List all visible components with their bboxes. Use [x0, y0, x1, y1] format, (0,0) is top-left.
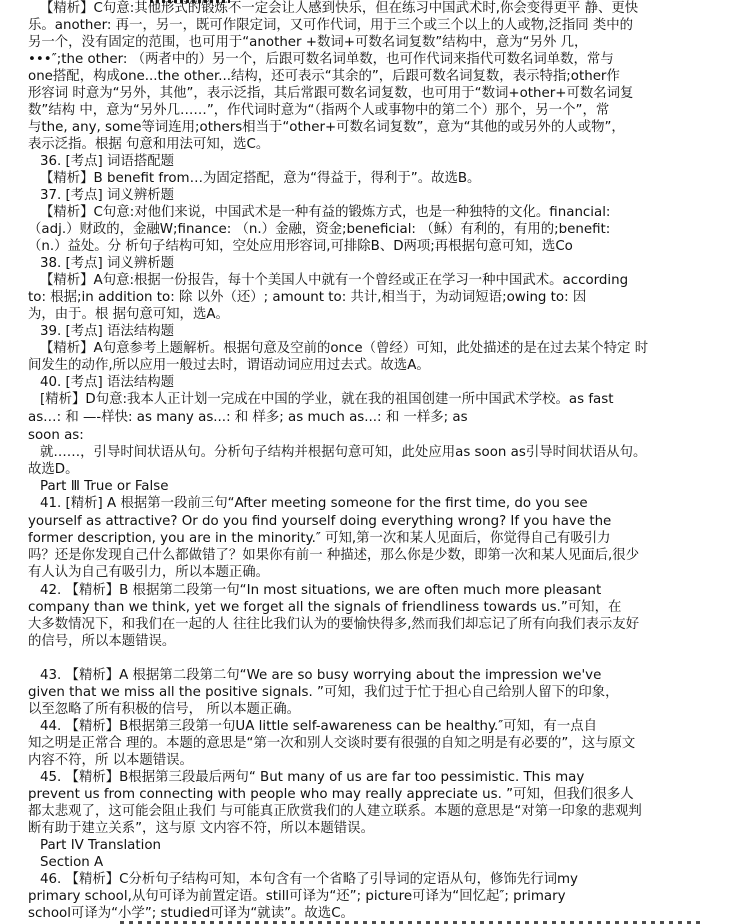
text-line: soon as:: [28, 427, 704, 444]
question-38-analysis: 【精析】A句意:根据一份报告，每十个美国人中就有一个曾经或正在学习一种中国武术。…: [40, 272, 704, 289]
question-39-header: 39. [考点] 语法结构题: [40, 323, 704, 340]
text-line: 故选D。: [28, 461, 704, 478]
section-heading-part-4: Part IV Translation: [40, 837, 704, 854]
question-40-analysis: [精析】D句意:我本人正计划一完成在中国的学业，就在我的祖国创建一所中国武术学校…: [40, 391, 704, 408]
text-line: 吗？还是你发现自己什么都做错了？如果你有前一 种描述，那么你是少数，即第一次和某…: [28, 547, 704, 564]
question-37-analysis: 【精析】C句意:对他们来说，中国武术是一种有益的锻炼方式，也是一种独特的文化。f…: [40, 204, 704, 221]
question-38-header: 38. [考点] 词义辨析题: [40, 255, 704, 272]
text-line: school可译为“小学”; studied可译为“就读”。故选C。: [28, 905, 704, 922]
text-line: 形容词 时意为“另外，其他”，表示泛指，其后常跟可数名词复数，也可用于“数词+o…: [28, 85, 704, 102]
text-line: 都太悲观了，这可能会阻止我们 与可能真正欣赏我们的人建立联系。本题的意思是“对第…: [28, 803, 704, 820]
question-37-header: 37. [考点] 词义辨析题: [40, 187, 704, 204]
question-36-analysis: 【精析】B benefit from…为固定搭配，意为“得益于，得利于”。故选B…: [40, 170, 704, 187]
text-line: •••″;the other: （两者中的）另一个，后跟可数名词单数，也可作代词…: [28, 51, 704, 68]
section-heading-section-a: Section A: [40, 854, 704, 871]
text-line: 乐。another: 再一，另一，既可作限定词，又可作代词，用于三个或三个以上的…: [28, 17, 704, 34]
text-line: 有人认为自己有吸引力，所以本题正确。: [28, 564, 704, 581]
text-line: 数”结构 中，意为“另外几……”，作代词时意为“（指两个人或事物中的第二个）那个…: [28, 102, 704, 119]
text-line: 断有助于建立关系”，这与原 文内容不符，所以本题错误。: [28, 820, 704, 837]
text-line: primary school,从句可译为前置定语。still可译为“还”; pi…: [28, 888, 704, 905]
text-line: （adj.）财政的，金融W;finance: （n.）金融，资金;benefic…: [28, 221, 704, 238]
question-44-analysis: 44. 【精析】B根据第三段第一句UA little self-awarenes…: [40, 718, 704, 735]
text-line: 与the, any, some等词连用;others相当于“other+可数名词…: [28, 119, 704, 136]
text-line: 以至忽略了所有积极的信号， 所以本题正确。: [28, 701, 704, 718]
text-line: 表示泛指。根据 句意和用法可知，选C。: [28, 136, 704, 153]
text-line: 知之明是正常合 理的。本题的意思是“第一次和别人交谈时要有很强的自知之明是有必要…: [28, 735, 704, 752]
text-line: 另一个，没有固定的范围，也可用于“another +数词+可数名词复数”结构中，…: [28, 34, 704, 51]
text-line: 的信号，所以本题错误。: [28, 633, 704, 650]
text-line: yourself as attractive? Or do you find y…: [28, 513, 704, 530]
text-line: 就……，引导时间状语从句。分析句子结构并根据句意可知，此处应用as soon a…: [40, 444, 704, 461]
text-line: to: 根据;in addition to: 除 以外（还）; amount t…: [28, 289, 704, 306]
question-42-analysis: 42. 【精析】B 根据第二段第一句“In most situations, w…: [40, 582, 704, 599]
text-line: （n.）益处。分 析句子结构可知，空处应用形容词,可排除B、D两项;再根据句意可…: [28, 238, 704, 255]
question-41-analysis: 41. [精析] A 根据第一段前三句“After meeting someon…: [40, 495, 704, 512]
text-line: 大多数情况下，和我们在一起的人 往往比我们认为的要愉快得多,然而我们却忘记了所有…: [28, 616, 704, 633]
section-heading-part-3: Part Ⅲ True or False: [40, 478, 704, 495]
question-43-analysis: 43. 【精析】A 根据第二段第二句“We are so busy worryi…: [40, 667, 704, 684]
text-line: former description, you are in the minor…: [28, 530, 704, 547]
text-line: company than we think, yet we forget all…: [28, 599, 704, 616]
text-line: 内容不符，所 以本题错误。: [28, 752, 704, 769]
question-46-analysis: 46. 【精析】C分析句子结构可知，本句含有一个省略了引导词的定语从句，修饰先行…: [40, 871, 704, 888]
text-line: 【精析】C句意:其他形式的锻炼不一定会让人感到快乐，但在练习中国武术时,你会变得…: [40, 0, 704, 17]
question-45-analysis: 45. 【精析】B根据第三段最后两句“ But many of us are f…: [40, 769, 704, 786]
question-39-analysis: 【精析】A句意参考上题解析。根据句意及空前的once（曾经）可知，此处描述的是在…: [40, 340, 704, 357]
question-36-header: 36. [考点] 词语搭配题: [40, 153, 704, 170]
text-line: 为，由于。根 据句意可知，选A。: [28, 306, 704, 323]
text-line: given that we miss all the positive sign…: [28, 684, 704, 701]
text-line: as…: 和 —-样快: as many as...: 和 样多; as muc…: [28, 409, 704, 426]
text-line: 间发生的动作,所以应用一般过去时，谓语动词应用过去式。故选A。: [28, 357, 704, 374]
text-line: one搭配，构成one...the other...结构，还可表示“其余的”，后…: [28, 68, 704, 85]
question-40-header: 40. [考点] 语法结构题: [40, 374, 704, 391]
text-line: prevent us from connecting with people w…: [28, 786, 704, 803]
